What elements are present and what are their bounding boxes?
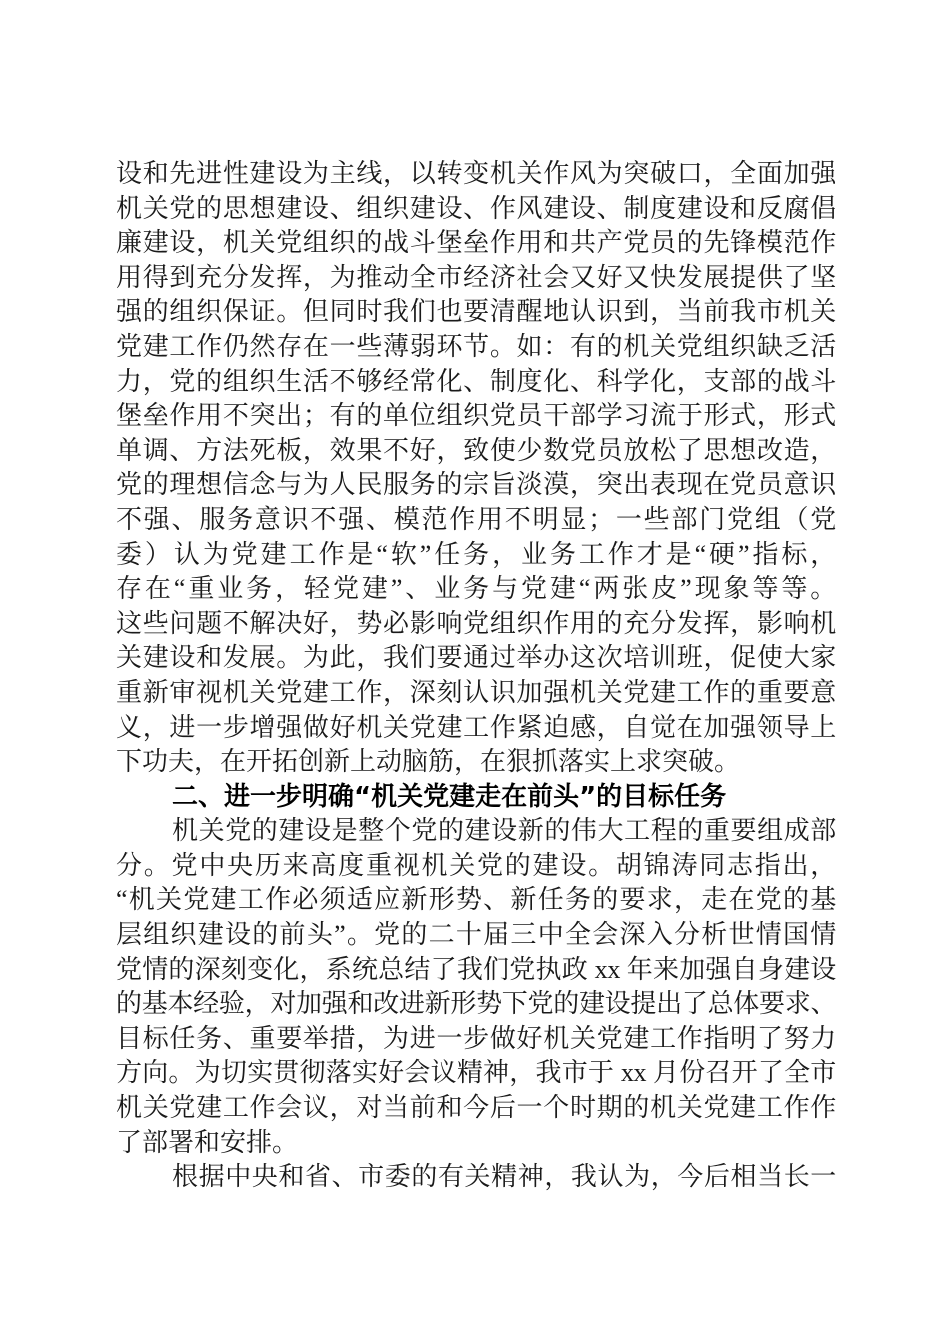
text-line: 强的组织保证。但同时我们也要清醒地认识到，当前我市机关 <box>116 295 836 330</box>
document-page: 设和先进性建设为主线，以转变机关作风为突破口，全面加强 机关党的思想建设、组织建… <box>0 0 950 1344</box>
text-line: 机关党的建设是整个党的建设新的伟大工程的重要组成部 <box>116 814 836 849</box>
text-line: 根据中央和省、市委的有关精神，我认为，今后相当长一 <box>116 1160 836 1195</box>
text-line: 机关党的思想建设、组织建设、作风建设、制度建设和反腐倡 <box>116 192 836 227</box>
text-line: 不强、服务意识不强、模范作用不明显；一些部门党组（党 <box>116 503 836 538</box>
text-line: 机关党建工作会议，对当前和今后一个时期的机关党建工作作 <box>116 1091 836 1126</box>
text-line: 单调、方法死板，效果不好，致使少数党员放松了思想改造， <box>116 434 836 469</box>
text-line: 这些问题不解决好，势必影响党组织作用的充分发挥，影响机 <box>116 607 836 642</box>
text-line: 了部署和安排。 <box>116 1126 836 1161</box>
text-line: 用得到充分发挥，为推动全市经济社会又好又快发展提供了坚 <box>116 261 836 296</box>
text-line: 义，进一步增强做好机关党建工作紧迫感，自觉在加强领导上 <box>116 711 836 746</box>
text-line: 党建工作仍然存在一些薄弱环节。如：有的机关党组织缺乏活 <box>116 330 836 365</box>
text-line: 下功夫，在开拓创新上动脑筋，在狠抓落实上求突破。 <box>116 745 836 780</box>
text-line: 堡垒作用不突出；有的单位组织党员干部学习流于形式，形式 <box>116 399 836 434</box>
text-line: 分。党中央历来高度重视机关党的建设。胡锦涛同志指出， <box>116 849 836 884</box>
text-line: 重新审视机关党建工作，深刻认识加强机关党建工作的重要意 <box>116 676 836 711</box>
text-line: 存在“重业务，轻党建”、业务与党建“两张皮”现象等等。 <box>116 572 836 607</box>
text-line: 目标任务、重要举措，为进一步做好机关党建工作指明了努力 <box>116 1022 836 1057</box>
text-line: 党的理想信念与为人民服务的宗旨淡漠，突出表现在党员意识 <box>116 468 836 503</box>
text-block: 设和先进性建设为主线，以转变机关作风为突破口，全面加强 机关党的思想建设、组织建… <box>116 157 836 1195</box>
text-line: 层组织建设的前头”。党的二十届三中全会深入分析世情国情 <box>116 918 836 953</box>
text-line: 委）认为党建工作是“软”任务，业务工作才是“硬”指标， <box>116 538 836 573</box>
text-line: 力，党的组织生活不够经常化、制度化、科学化，支部的战斗 <box>116 365 836 400</box>
paragraph: 二、进一步明确“机关党建走在前头”的目标任务 <box>116 780 836 815</box>
text-line: “机关党建工作必须适应新形势、新任务的要求，走在党的基 <box>116 883 836 918</box>
paragraph: 设和先进性建设为主线，以转变机关作风为突破口，全面加强 机关党的思想建设、组织建… <box>116 157 836 780</box>
paragraph: 根据中央和省、市委的有关精神，我认为，今后相当长一 <box>116 1160 836 1195</box>
text-line: 方向。为切实贯彻落实好会议精神，我市于 xx 月份召开了全市 <box>116 1056 836 1091</box>
text-line: 廉建设，机关党组织的战斗堡垒作用和共产党员的先锋模范作 <box>116 226 836 261</box>
paragraph: 机关党的建设是整个党的建设新的伟大工程的重要组成部 分。党中央历来高度重视机关党… <box>116 814 836 1160</box>
text-line: 关建设和发展。为此，我们要通过举办这次培训班，促使大家 <box>116 641 836 676</box>
text-line: 设和先进性建设为主线，以转变机关作风为突破口，全面加强 <box>116 157 836 192</box>
text-line: 的基本经验，对加强和改进新形势下党的建设提出了总体要求、 <box>116 987 836 1022</box>
section-heading: 二、进一步明确“机关党建走在前头”的目标任务 <box>116 780 836 815</box>
text-line: 党情的深刻变化，系统总结了我们党执政 xx 年来加强自身建设 <box>116 953 836 988</box>
